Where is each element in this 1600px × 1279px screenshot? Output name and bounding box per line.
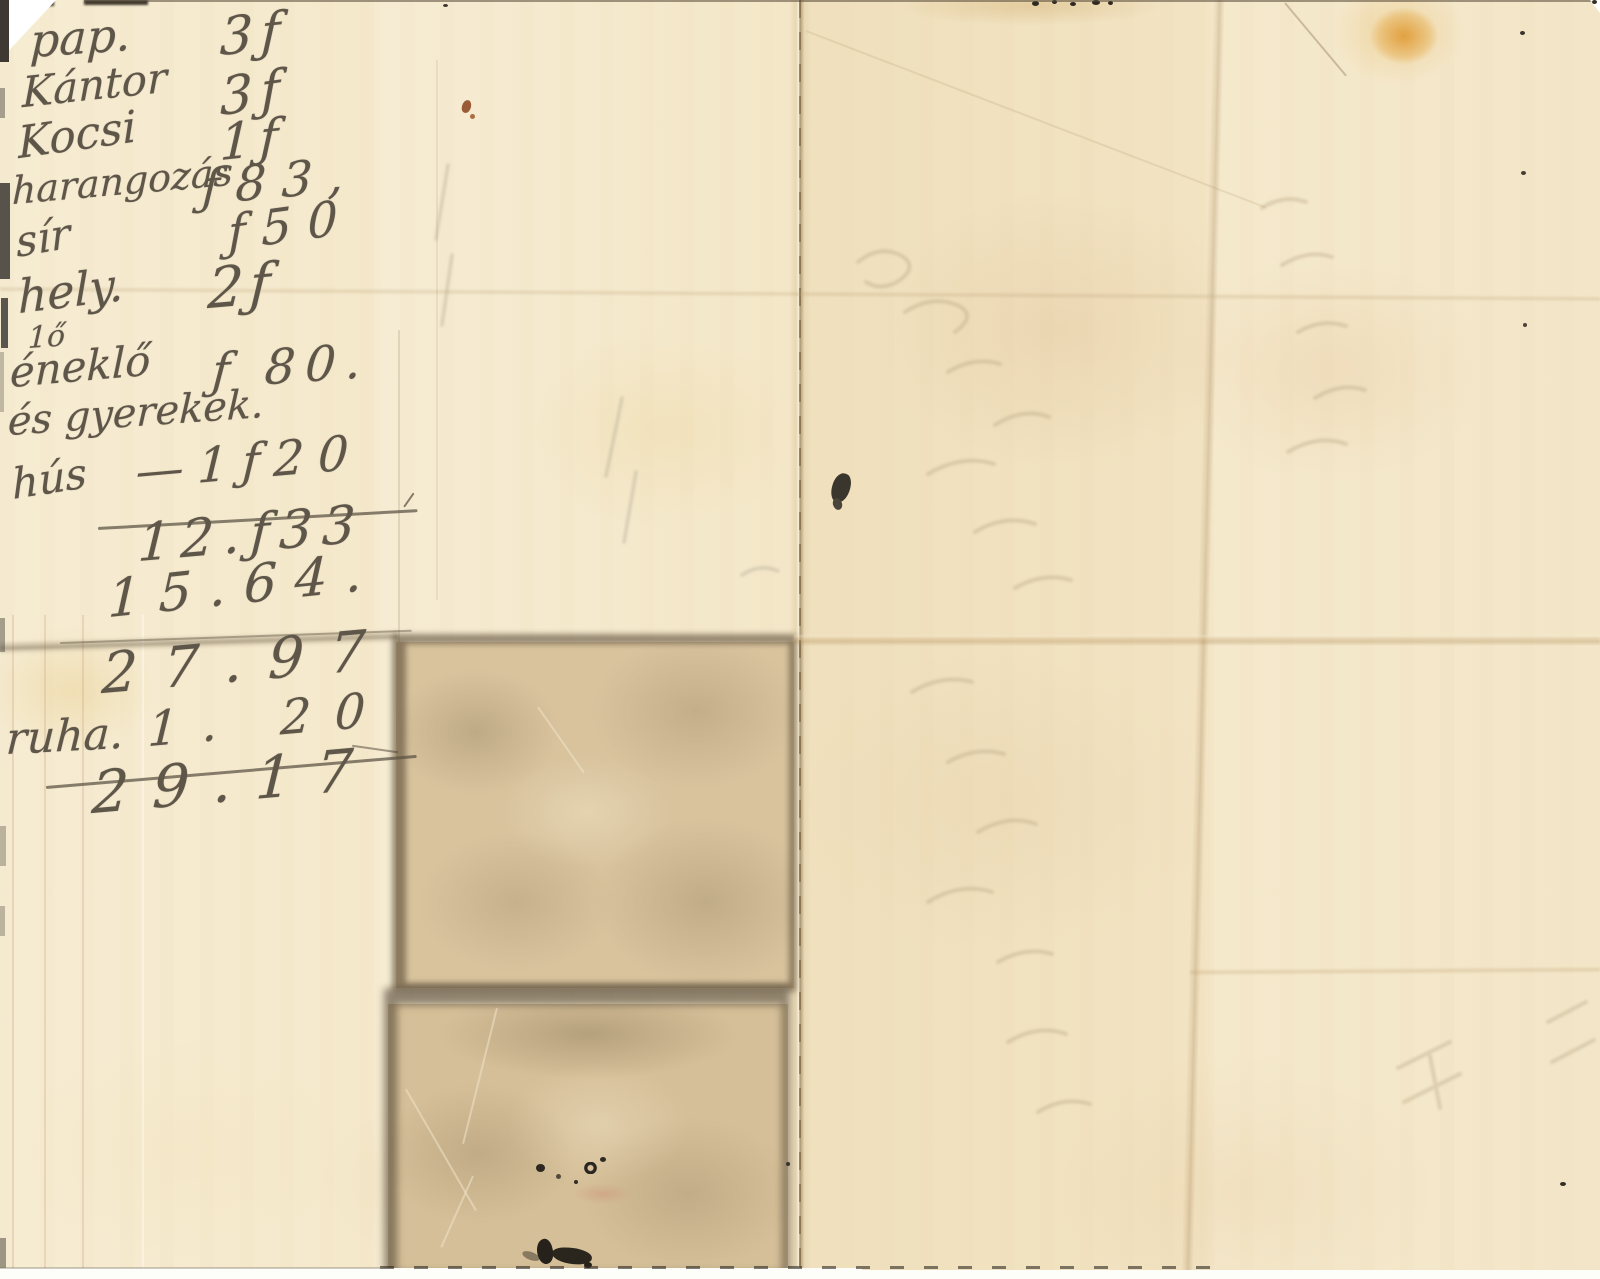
scanned-document: pap. 3ƒ Kántor 3ƒ Kocsi 1ƒ harangozás ƒ8… <box>0 0 1600 1279</box>
scan-edge-left <box>0 183 10 279</box>
dust-speck <box>786 1162 790 1166</box>
ink-speck <box>600 1157 606 1162</box>
scan-edge-left <box>0 826 6 866</box>
corner-nick-speck <box>1592 0 1597 4</box>
scan-edge-left <box>0 906 5 936</box>
scan-edge-left <box>0 0 9 62</box>
edge-speck <box>1070 2 1076 6</box>
entry-label-hely: hely. <box>18 261 124 320</box>
extra-label-ruha: ruha. <box>5 712 125 762</box>
paper-bottom-shadow <box>0 1267 380 1269</box>
scan-edge-left <box>0 88 5 118</box>
scan-edge-left <box>0 618 5 652</box>
entry-amount-sir: ƒ50 <box>228 192 354 258</box>
handwriting-layer: pap. 3ƒ Kántor 3ƒ Kocsi 1ƒ harangozás ƒ8… <box>0 0 1600 1279</box>
rust-speck <box>470 114 475 119</box>
grand-total: 29.17 <box>90 739 378 822</box>
scan-edge-bottom-left <box>0 1268 862 1279</box>
entry-amount-hus: —1ƒ20 <box>135 428 364 496</box>
entry-label-hus: hús <box>11 452 88 506</box>
dust-speck <box>1560 1182 1566 1186</box>
dust-speck <box>443 4 448 7</box>
scan-edge-left <box>0 352 4 412</box>
entry-label-sir: sír <box>15 212 72 264</box>
scan-edge-top <box>84 0 1600 2</box>
scan-edge-left <box>1 298 8 348</box>
ink-speck <box>536 1164 545 1172</box>
entry-amount-hely: 2ƒ <box>207 256 278 318</box>
ink-speck <box>574 1180 578 1184</box>
dust-speck <box>1521 171 1526 175</box>
entry-label-kantor: Kántor <box>22 57 167 114</box>
paper-bottom-deckle <box>380 1266 1210 1269</box>
scan-edge-top-dark <box>84 0 148 5</box>
ink-speck-ring <box>584 1162 597 1174</box>
entry-label-pap: pap. <box>29 11 131 64</box>
sum-line-1-tick <box>403 493 414 508</box>
entry-amount-pap: 3ƒ <box>219 5 289 65</box>
entry-label-eneklo: éneklő <box>10 340 151 395</box>
red-smudge <box>572 1184 632 1204</box>
dust-speck <box>1523 323 1527 327</box>
entry-label-kocsi: Kocsi <box>17 105 137 166</box>
ink-speck <box>556 1174 561 1179</box>
dust-speck <box>1520 31 1525 35</box>
